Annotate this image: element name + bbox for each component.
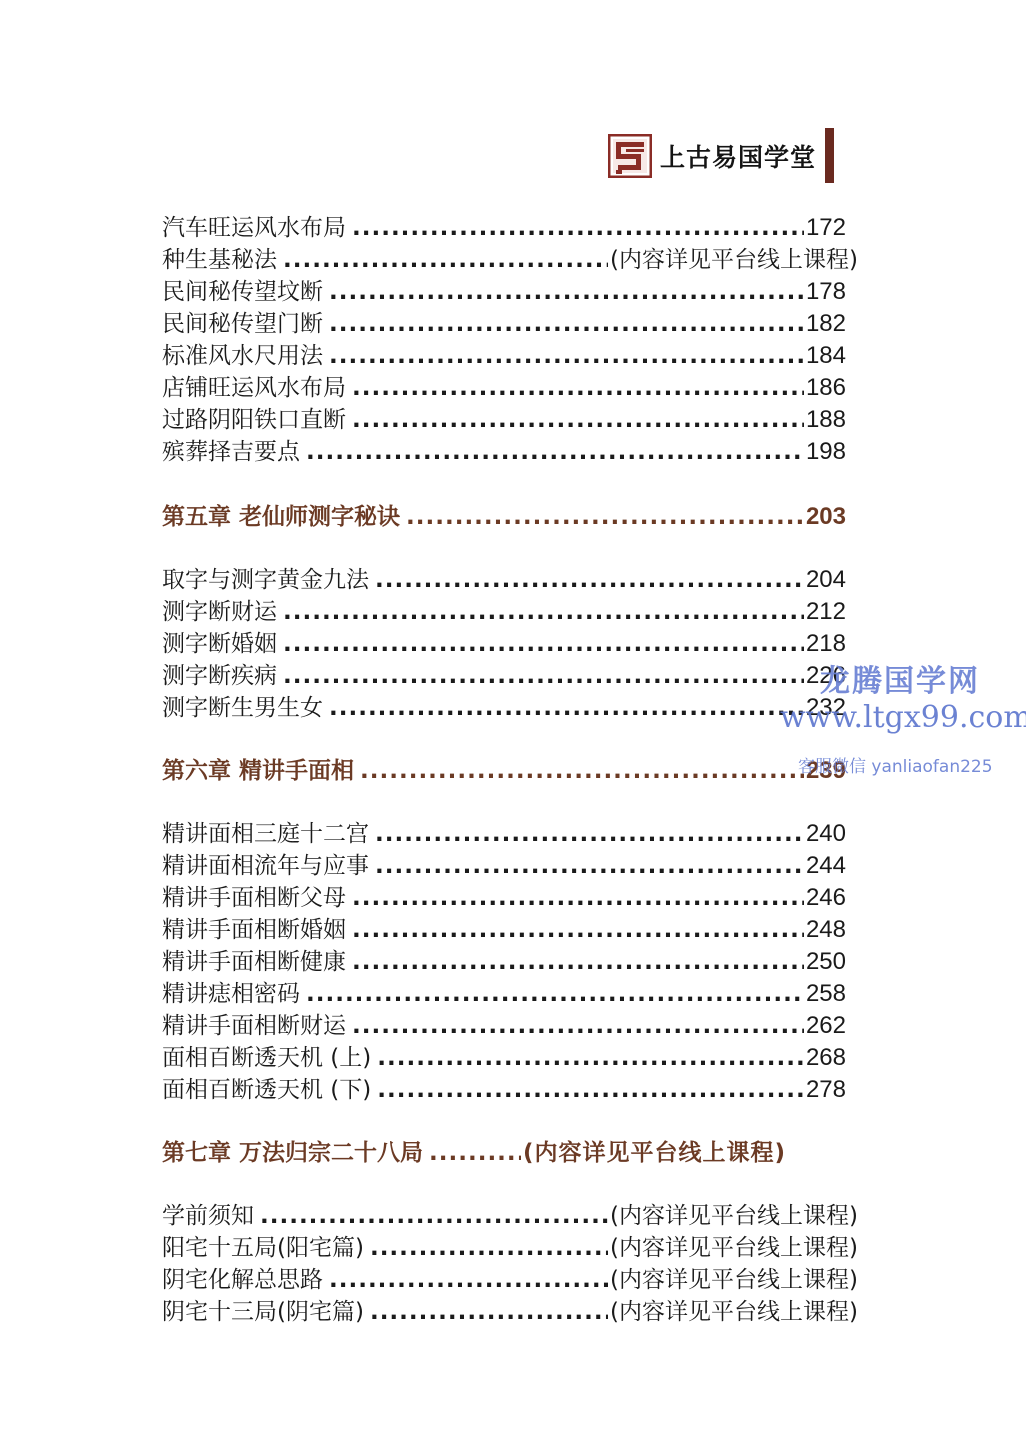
spacer: [162, 788, 846, 818]
chapter-page: 239: [806, 754, 846, 788]
spacer: [162, 724, 846, 754]
toc-entry-page: 172: [806, 212, 846, 244]
dot-leader: [352, 404, 804, 436]
toc-entry-title: 精讲手面相断婚姻: [162, 914, 346, 946]
toc-entry-page: 244: [806, 850, 846, 882]
toc-entry-page: (内容详见平台线上课程): [610, 1232, 858, 1264]
toc-entry-page: 250: [806, 946, 846, 978]
toc-entry[interactable]: 标准风水尺用法 184: [162, 340, 846, 372]
toc-entry-page: 248: [806, 914, 846, 946]
brand-name: 上古易国学堂: [660, 138, 816, 174]
toc-entry-title: 种生基秘法: [162, 244, 277, 276]
toc-entry-title: 面相百断透天机 (下): [162, 1074, 371, 1106]
chapter-page: 203: [806, 500, 846, 534]
toc-entry-title: 标准风水尺用法: [162, 340, 323, 372]
toc-entry-title: 精讲手面相断财运: [162, 1010, 346, 1042]
toc-entry[interactable]: 测字断婚姻 218: [162, 628, 846, 660]
toc-entry[interactable]: 取字与测字黄金九法 204: [162, 564, 846, 596]
toc-entry[interactable]: 阴宅十三局(阴宅篇) (内容详见平台线上课程): [162, 1296, 858, 1328]
toc-entry-title: 阴宅化解总思路: [162, 1264, 323, 1296]
toc-entry-page: 226: [806, 660, 846, 692]
dot-leader: [429, 1136, 521, 1170]
toc-entry-page: 188: [806, 404, 846, 436]
toc-entry-title: 取字与测字黄金九法: [162, 564, 369, 596]
toc-entry-title: 测字断婚姻: [162, 628, 277, 660]
toc-entry-title: 测字断财运: [162, 596, 277, 628]
toc-entry[interactable]: 民间秘传望坟断 178: [162, 276, 846, 308]
dot-leader: [375, 564, 804, 596]
toc-entry[interactable]: 测字断财运 212: [162, 596, 846, 628]
dot-leader: [306, 436, 804, 468]
toc-entry-title: 精讲手面相断父母: [162, 882, 346, 914]
toc-entry[interactable]: 精讲面相流年与应事 244: [162, 850, 846, 882]
toc-entry[interactable]: 过路阴阳铁口直断 188: [162, 404, 846, 436]
spacer: [162, 468, 846, 500]
dot-leader: [283, 244, 608, 276]
toc-entry[interactable]: 精讲面相三庭十二宫 240: [162, 818, 846, 850]
dot-leader: [283, 628, 804, 660]
dot-leader: [352, 946, 804, 978]
spacer: [162, 1170, 846, 1200]
toc-entry-title: 精讲手面相断健康: [162, 946, 346, 978]
seal-logo-icon: [608, 134, 652, 178]
chapter-heading-6[interactable]: 第六章 精讲手面相 239: [162, 754, 846, 788]
toc-entry[interactable]: 殡葬择吉要点 198: [162, 436, 846, 468]
toc-entry-page: 184: [806, 340, 846, 372]
toc-entry[interactable]: 测字断生男生女 232: [162, 692, 846, 724]
dot-leader: [370, 1232, 608, 1264]
toc-entry[interactable]: 精讲痣相密码 258: [162, 978, 846, 1010]
toc-entry[interactable]: 种生基秘法 (内容详见平台线上课程): [162, 244, 858, 276]
chapter-title: 第七章 万法归宗二十八局: [162, 1136, 423, 1170]
toc-entry-title: 精讲面相流年与应事: [162, 850, 369, 882]
toc-entry[interactable]: 测字断疾病 226: [162, 660, 846, 692]
toc-entry-page: 212: [806, 596, 846, 628]
toc-entry-title: 民间秘传望坟断: [162, 276, 323, 308]
toc-entry-title: 阴宅十三局(阴宅篇): [162, 1296, 364, 1328]
dot-leader: [329, 340, 804, 372]
toc-entry-page: (内容详见平台线上课程): [610, 1200, 858, 1232]
toc-entry-title: 测字断疾病: [162, 660, 277, 692]
toc-entry-page: (内容详见平台线上课程): [610, 1264, 858, 1296]
toc-entry-page: 218: [806, 628, 846, 660]
toc-entry-page: 262: [806, 1010, 846, 1042]
dot-leader: [329, 692, 804, 724]
toc-entry[interactable]: 店铺旺运风水布局 186: [162, 372, 846, 404]
toc-entry-title: 精讲痣相密码: [162, 978, 300, 1010]
dot-leader: [375, 818, 804, 850]
toc-entry-page: 178: [806, 276, 846, 308]
toc-entry[interactable]: 面相百断透天机 (上) 268: [162, 1042, 846, 1074]
toc-entry-title: 民间秘传望门断: [162, 308, 323, 340]
dot-leader: [360, 754, 804, 788]
toc-entry[interactable]: 学前须知 (内容详见平台线上课程): [162, 1200, 858, 1232]
toc-entry-page: 232: [806, 692, 846, 724]
toc-entry[interactable]: 精讲手面相断父母 246: [162, 882, 846, 914]
toc-entry[interactable]: 汽车旺运风水布局 172: [162, 212, 846, 244]
toc-entry-page: 182: [806, 308, 846, 340]
toc-entry-title: 过路阴阳铁口直断: [162, 404, 346, 436]
dot-leader: [377, 1074, 804, 1106]
spacer: [162, 1106, 846, 1136]
toc-entry-page: 258: [806, 978, 846, 1010]
toc-entry-page: 198: [806, 436, 846, 468]
dot-leader: [406, 500, 804, 534]
dot-leader: [260, 1200, 608, 1232]
chapter-title: 第六章 精讲手面相: [162, 754, 354, 788]
page-header: 上古易国学堂: [608, 128, 816, 184]
chapter-heading-5[interactable]: 第五章 老仙师测字秘诀 203: [162, 500, 846, 534]
dot-leader: [375, 850, 804, 882]
toc-entry[interactable]: 阳宅十五局(阳宅篇) (内容详见平台线上课程): [162, 1232, 858, 1264]
dot-leader: [370, 1296, 608, 1328]
dot-leader: [329, 1264, 608, 1296]
toc-entry-title: 店铺旺运风水布局: [162, 372, 346, 404]
toc-entry-title: 阳宅十五局(阳宅篇): [162, 1232, 364, 1264]
toc-entry-title: 殡葬择吉要点: [162, 436, 300, 468]
toc-entry[interactable]: 阴宅化解总思路 (内容详见平台线上课程): [162, 1264, 858, 1296]
chapter-title: 第五章 老仙师测字秘诀: [162, 500, 400, 534]
toc-entry[interactable]: 面相百断透天机 (下) 278: [162, 1074, 846, 1106]
dot-leader: [329, 308, 804, 340]
toc-entry[interactable]: 精讲手面相断财运 262: [162, 1010, 846, 1042]
dot-leader: [352, 1010, 804, 1042]
toc-entry-page: 240: [806, 818, 846, 850]
chapter-page: (内容详见平台线上课程): [523, 1136, 786, 1170]
toc-entry-title: 汽车旺运风水布局: [162, 212, 346, 244]
chapter-heading-7[interactable]: 第七章 万法归宗二十八局 (内容详见平台线上课程): [162, 1136, 858, 1170]
dot-leader: [283, 596, 804, 628]
toc-entry-title: 学前须知: [162, 1200, 254, 1232]
toc-entry-page: 278: [806, 1074, 846, 1106]
toc-entry[interactable]: 精讲手面相断婚姻 248: [162, 914, 846, 946]
dot-leader: [352, 914, 804, 946]
dot-leader: [377, 1042, 804, 1074]
dot-leader: [329, 276, 804, 308]
toc-entry-title: 精讲面相三庭十二宫: [162, 818, 369, 850]
toc-entry-page: 268: [806, 1042, 846, 1074]
dot-leader: [283, 660, 804, 692]
dot-leader: [352, 882, 804, 914]
spacer: [162, 534, 846, 564]
toc-entry[interactable]: 民间秘传望门断 182: [162, 308, 846, 340]
dot-leader: [306, 978, 804, 1010]
toc-entry-page: (内容详见平台线上课程): [610, 1296, 858, 1328]
toc-entry-page: (内容详见平台线上课程): [610, 244, 858, 276]
dot-leader: [352, 212, 804, 244]
toc-entry-page: 204: [806, 564, 846, 596]
toc-entry[interactable]: 精讲手面相断健康 250: [162, 946, 846, 978]
toc-entry-title: 面相百断透天机 (上): [162, 1042, 371, 1074]
table-of-contents: 汽车旺运风水布局 172 种生基秘法 (内容详见平台线上课程) 民间秘传望坟断 …: [162, 212, 846, 1328]
toc-entry-page: 186: [806, 372, 846, 404]
toc-entry-page: 246: [806, 882, 846, 914]
dot-leader: [352, 372, 804, 404]
header-accent-bar: [825, 128, 834, 183]
toc-entry-title: 测字断生男生女: [162, 692, 323, 724]
